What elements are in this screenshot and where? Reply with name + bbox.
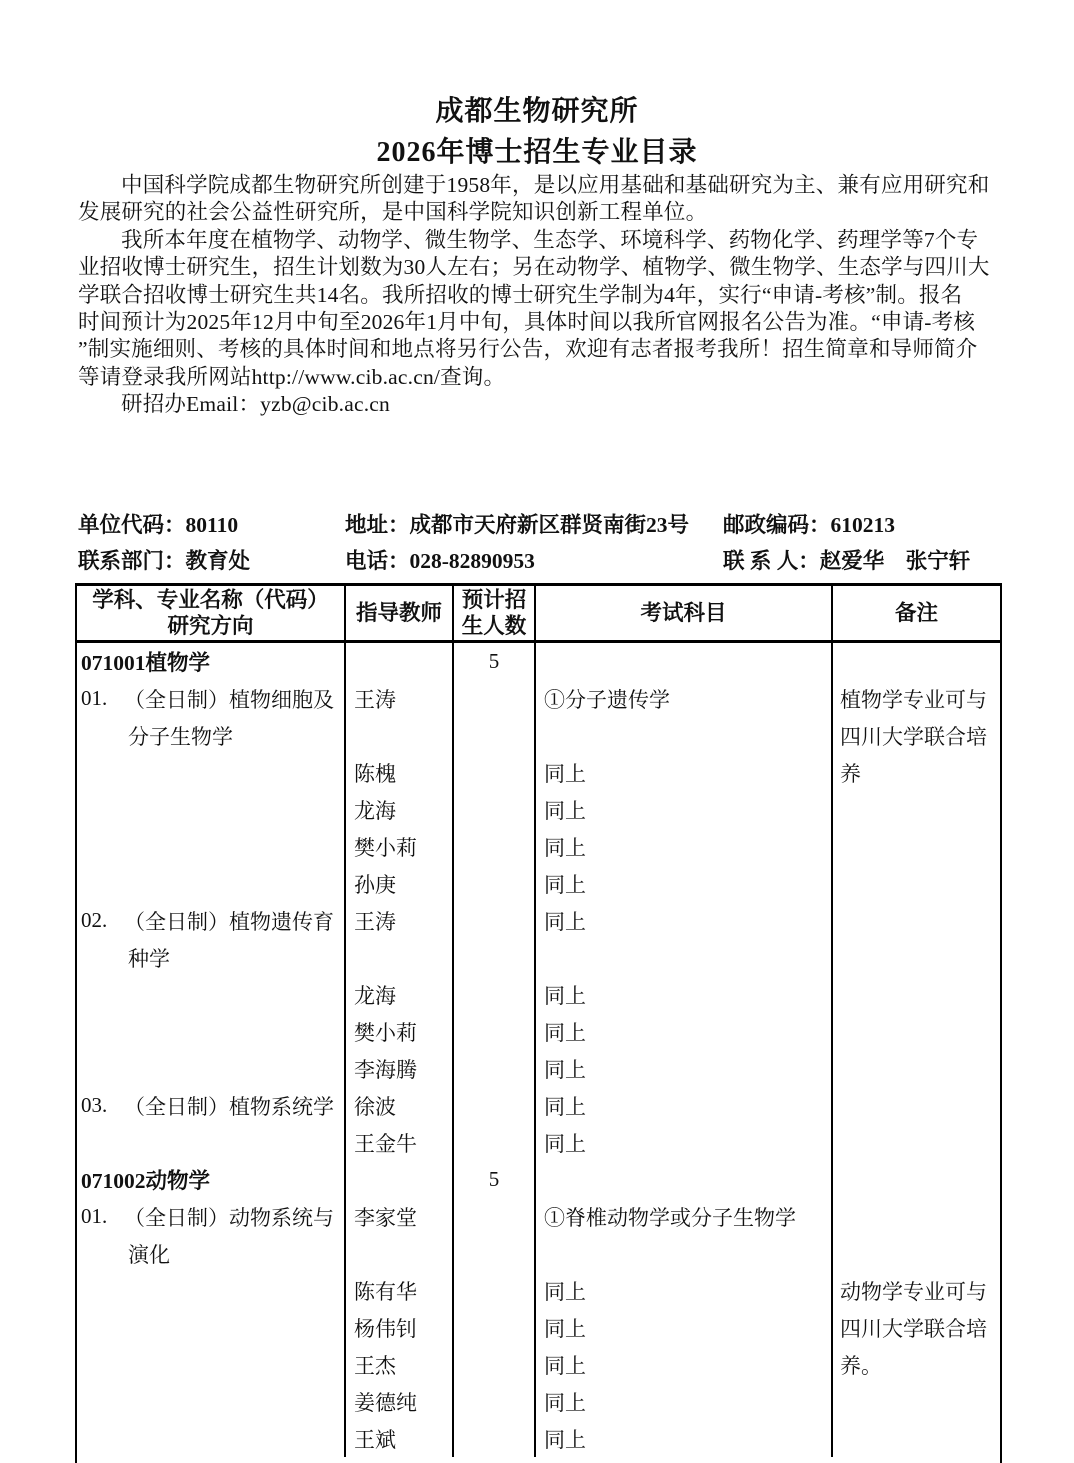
table-cell-line: 同上 [536, 1309, 831, 1346]
table-cell-line: 种学 [77, 939, 344, 976]
table-cell-line: 王涛 [346, 680, 452, 717]
header-line: 研究方向 [167, 613, 253, 639]
table-cell-line [536, 1161, 831, 1198]
table-cell-line: 陈槐 [346, 754, 452, 791]
table-cell-line: 龙海 [346, 791, 452, 828]
table-cell-line: 演化 [77, 1235, 344, 1272]
table-cell-line: 李海腾 [346, 1050, 452, 1087]
paragraph-line: 中国科学院成都生物研究所创建于1958年，是以应用基础和基础研究为主、兼有应用研… [78, 172, 1008, 199]
table-cell-line [454, 1235, 534, 1272]
header-line: 学科、专业名称（代码） [92, 587, 329, 613]
header-line: 考试科目 [640, 600, 726, 626]
table-cell-line [833, 643, 1000, 680]
table-cell-line: 03.（全日制）植物系统学 [77, 1087, 344, 1124]
intro-paragraph-2: 我所本年度在植物学、动物学、微生物学、生态学、环境科学、药物化学、药理学等7个专… [78, 227, 1008, 391]
table-cell-line [454, 1420, 534, 1457]
table-cell-line: 071002动物学 [77, 1161, 344, 1198]
table-cell-line [833, 939, 1000, 976]
direction-text: （全日制）动物系统与 [124, 1202, 334, 1232]
header-line: 预计招 [462, 587, 527, 613]
table-cell-line: 王斌 [346, 1420, 452, 1457]
table-cell-line [833, 1124, 1000, 1161]
table-cell-line: 王金牛 [346, 1124, 452, 1161]
table-cell-line [454, 828, 534, 865]
paragraph-line: 学联合招收博士研究生共14名。我所招收的博士研究生学制为4年，实行“申请-考核”… [78, 282, 1008, 309]
table-cell-line [77, 791, 344, 828]
table-cell-line [454, 1309, 534, 1346]
header-cell-1: 学科、专业名称（代码）研究方向 [77, 586, 346, 640]
table-cell-line [536, 1235, 831, 1272]
table-cell-line: 植物学专业可与 [833, 680, 1000, 717]
info-field: 电话：028-82890953 [345, 546, 723, 576]
table-cell-line: 同上 [536, 754, 831, 791]
table-cell-line: 四川大学联合培 [833, 717, 1000, 754]
header-cell-5: 备注 [833, 586, 1000, 640]
paragraph-line: 研招办Email：yzb@cib.ac.cn [78, 391, 1008, 418]
table-cell-line [833, 1383, 1000, 1420]
info-value: 成都市天府新区群贤南街23号 [410, 513, 690, 537]
page-title: 成都生物研究所 [0, 91, 1074, 132]
table-cell-line: 同上 [536, 1013, 831, 1050]
table-cell-line: 养。 [833, 1346, 1000, 1383]
info-row-contact: 联系部门：教育处电话：028-82890953联 系 人：赵爱华 张宁轩 [78, 546, 1003, 576]
table-cell-line [833, 828, 1000, 865]
table-cell-line: 龙海 [346, 976, 452, 1013]
direction-text: （全日制）植物遗传育 [124, 906, 334, 936]
paragraph-line: 时间预计为2025年12月中旬至2026年1月中旬，具体时间以我所官网报名公告为… [78, 309, 1008, 336]
table-cell-line: 01.（全日制）动物系统与 [77, 1198, 344, 1235]
direction-text: 071001植物学 [81, 646, 210, 677]
table-cell-line [77, 1309, 344, 1346]
table-cell-line: 樊小莉 [346, 828, 452, 865]
table-cell-line: 陈有华 [346, 1272, 452, 1309]
info-field: 联系部门：教育处 [78, 546, 345, 576]
header-line: 指导教师 [356, 600, 442, 626]
info-label: 联 系 人： [723, 549, 820, 573]
table-cell-line [833, 1013, 1000, 1050]
paragraph-line: 我所本年度在植物学、动物学、微生物学、生态学、环境科学、药物化学、药理学等7个专 [78, 227, 1008, 254]
info-label: 电话： [345, 549, 410, 573]
table-cell-line: 同上 [536, 791, 831, 828]
table-cell-line [833, 791, 1000, 828]
table-cell-line [454, 680, 534, 717]
intro-paragraph-3: 研招办Email：yzb@cib.ac.cn [78, 391, 1008, 418]
direction-number: 03. [81, 1093, 124, 1118]
table-cell-line [454, 754, 534, 791]
header-line: 生人数 [462, 613, 527, 639]
table-cell-line [346, 939, 452, 976]
table-cell-line: 养 [833, 754, 1000, 791]
direction-text: 种学 [128, 943, 170, 973]
admissions-table: 学科、专业名称（代码）研究方向指导教师预计招生人数考试科目备注 071001植物… [75, 583, 1002, 1463]
table-cell-line [833, 1161, 1000, 1198]
info-field: 地址：成都市天府新区群贤南街23号 [345, 510, 723, 540]
table-cell-line [77, 828, 344, 865]
table-cell-line: 分子生物学 [77, 717, 344, 754]
paragraph-line: ”制实施细则、考核的具体时间和地点将另行公告，欢迎有志者报考我所！招生简章和导师… [78, 336, 1008, 363]
table-cell-line: 四川大学联合培 [833, 1309, 1000, 1346]
table-cell-line [833, 902, 1000, 939]
info-field: 联 系 人：赵爱华 张宁轩 [723, 546, 1003, 576]
table-column-4: ①分子遗传学同上同上同上同上同上同上同上同上同上同上①脊椎动物学或分子生物学同上… [536, 643, 833, 1457]
table-cell-line: 王杰 [346, 1346, 452, 1383]
table-cell-line: 动物学专业可与 [833, 1272, 1000, 1309]
table-cell-line [77, 1050, 344, 1087]
table-cell-line [833, 1235, 1000, 1272]
table-cell-line: ①脊椎动物学或分子生物学 [536, 1198, 831, 1235]
info-value: 610213 [831, 513, 896, 537]
direction-number: 01. [81, 686, 124, 711]
table-cell-line [833, 976, 1000, 1013]
table-cell-line: 同上 [536, 1272, 831, 1309]
table-cell-line [454, 1013, 534, 1050]
table-cell-line [77, 754, 344, 791]
table-cell-line: 同上 [536, 865, 831, 902]
table-cell-line [833, 865, 1000, 902]
table-header-row: 学科、专业名称（代码）研究方向指导教师预计招生人数考试科目备注 [77, 586, 1000, 643]
table-cell-line [454, 1383, 534, 1420]
table-cell-line: 姜德纯 [346, 1383, 452, 1420]
table-cell-line: 同上 [536, 1346, 831, 1383]
direction-number: 02. [81, 908, 124, 933]
header-cell-4: 考试科目 [536, 586, 833, 640]
table-cell-line: 同上 [536, 1050, 831, 1087]
table-cell-line: 同上 [536, 1124, 831, 1161]
table-cell-line: 孙庚 [346, 865, 452, 902]
direction-text: （全日制）植物细胞及 [124, 684, 334, 714]
table-cell-line [454, 1124, 534, 1161]
info-label: 邮政编码： [723, 513, 831, 537]
paragraph-line: 业招收博士研究生，招生计划数为30人左右；另在动物学、植物学、微生物学、生态学与… [78, 254, 1008, 281]
table-cell-line [454, 791, 534, 828]
table-cell-line [454, 1198, 534, 1235]
table-cell-line: 徐波 [346, 1087, 452, 1124]
info-value: 80110 [186, 513, 239, 537]
table-cell-line: 同上 [536, 902, 831, 939]
info-value: 赵爱华 张宁轩 [820, 549, 971, 573]
table-cell-line [536, 717, 831, 754]
table-cell-line [77, 865, 344, 902]
info-field: 邮政编码：610213 [723, 510, 1003, 540]
table-body: 071001植物学01.（全日制）植物细胞及分子生物学02.（全日制）植物遗传育… [77, 643, 1000, 1457]
table-cell-line [77, 976, 344, 1013]
table-cell-line: 5 [454, 1161, 534, 1198]
table-cell-line: 樊小莉 [346, 1013, 452, 1050]
table-cell-line [833, 1198, 1000, 1235]
table-cell-line: 杨伟钊 [346, 1309, 452, 1346]
page-subtitle: 2026年博士招生专业目录 [0, 132, 1074, 173]
document-page: 成都生物研究所 2026年博士招生专业目录 中国科学院成都生物研究所创建于195… [0, 0, 1074, 1463]
table-cell-line: 5 [454, 643, 534, 680]
info-field: 单位代码：80110 [78, 510, 345, 540]
direction-text: 分子生物学 [128, 721, 233, 751]
intro-text: 中国科学院成都生物研究所创建于1958年，是以应用基础和基础研究为主、兼有应用研… [78, 172, 1008, 419]
table-cell-line [454, 939, 534, 976]
table-column-2: 王涛陈槐龙海樊小莉孙庚王涛龙海樊小莉李海腾徐波王金牛李家堂陈有华杨伟钊王杰姜德纯… [346, 643, 454, 1457]
info-value: 教育处 [186, 549, 251, 573]
table-cell-line [454, 1346, 534, 1383]
table-cell-line: 同上 [536, 1383, 831, 1420]
table-cell-line [454, 717, 534, 754]
table-cell-line [77, 1124, 344, 1161]
intro-paragraph-1: 中国科学院成都生物研究所创建于1958年，是以应用基础和基础研究为主、兼有应用研… [78, 172, 1008, 227]
table-cell-line: 李家堂 [346, 1198, 452, 1235]
table-cell-line: ①分子遗传学 [536, 680, 831, 717]
table-cell-line [536, 643, 831, 680]
info-row-unit: 单位代码：80110地址：成都市天府新区群贤南街23号邮政编码：610213 [78, 510, 1003, 540]
table-cell-line: 01.（全日制）植物细胞及 [77, 680, 344, 717]
header-line: 备注 [895, 600, 938, 626]
info-value: 028-82890953 [410, 549, 535, 573]
table-cell-line [77, 1346, 344, 1383]
header-cell-2: 指导教师 [346, 586, 454, 640]
table-cell-line [454, 1087, 534, 1124]
table-cell-line [346, 1235, 452, 1272]
table-column-3: 55 [454, 643, 536, 1457]
table-cell-line: 同上 [536, 1420, 831, 1457]
table-cell-line [833, 1050, 1000, 1087]
direction-text: 演化 [128, 1239, 170, 1269]
table-cell-line [346, 643, 452, 680]
table-cell-line [77, 1383, 344, 1420]
title-block: 成都生物研究所 2026年博士招生专业目录 [0, 91, 1074, 173]
table-cell-line [454, 1272, 534, 1309]
table-column-1: 071001植物学01.（全日制）植物细胞及分子生物学02.（全日制）植物遗传育… [77, 643, 346, 1457]
direction-number: 01. [81, 1204, 124, 1229]
info-label: 地址： [345, 513, 410, 537]
table-column-5: 植物学专业可与四川大学联合培养动物学专业可与四川大学联合培养。 [833, 643, 1000, 1457]
table-cell-line [346, 717, 452, 754]
table-cell-line: 同上 [536, 828, 831, 865]
table-cell-line: 同上 [536, 1087, 831, 1124]
direction-text: （全日制）植物系统学 [124, 1091, 334, 1121]
table-cell-line: 071001植物学 [77, 643, 344, 680]
table-cell-line [77, 1420, 344, 1457]
table-cell-line [346, 1161, 452, 1198]
table-cell-line [833, 1420, 1000, 1457]
info-label: 单位代码： [78, 513, 186, 537]
table-cell-line [454, 865, 534, 902]
direction-text: 071002动物学 [81, 1164, 210, 1195]
table-cell-line [833, 1087, 1000, 1124]
table-cell-line: 02.（全日制）植物遗传育 [77, 902, 344, 939]
table-cell-line [454, 976, 534, 1013]
table-cell-line: 王涛 [346, 902, 452, 939]
paragraph-line: 等请登录我所网站http://www.cib.ac.cn/查询。 [78, 364, 1008, 391]
table-cell-line: 同上 [536, 976, 831, 1013]
table-cell-line [77, 1013, 344, 1050]
table-cell-line [77, 1272, 344, 1309]
table-cell-line [454, 1050, 534, 1087]
table-cell-line [536, 939, 831, 976]
header-cell-3: 预计招生人数 [454, 586, 536, 640]
info-label: 联系部门： [78, 549, 186, 573]
paragraph-line: 发展研究的社会公益性研究所，是中国科学院知识创新工程单位。 [78, 199, 1008, 226]
table-cell-line [454, 902, 534, 939]
